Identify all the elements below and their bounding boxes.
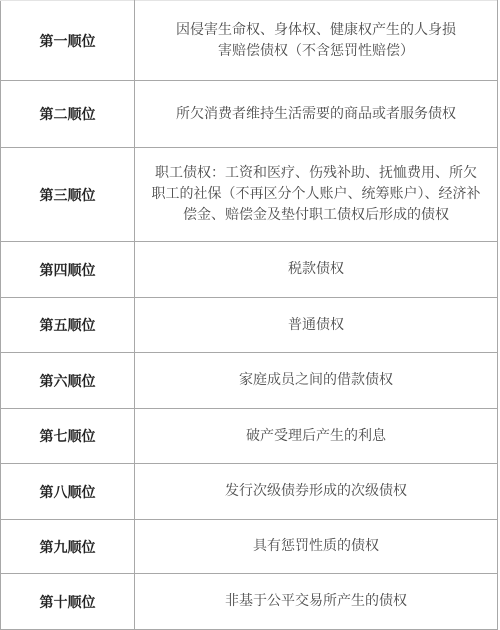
rank-cell: 第五顺位 <box>1 298 135 353</box>
description-text: 因侵害生命权、身体权、健康权产生的人身损害赔偿债权（不含惩罚性赔偿） <box>176 22 456 59</box>
description-cell: 所欠消费者维持生活需要的商品或者服务债权 <box>135 81 498 148</box>
table-row: 第十顺位 非基于公平交易所产生的债权 <box>1 574 498 630</box>
description-text: 职工债权：工资和医疗、伤残补助、抚恤费用、所欠职工的社保（不再区分个人账户、统筹… <box>152 165 481 223</box>
table-row: 第七顺位 破产受理后产生的利息 <box>1 409 498 464</box>
table-row: 第三顺位 职工债权：工资和医疗、伤残补助、抚恤费用、所欠职工的社保（不再区分个人… <box>1 148 498 242</box>
description-cell: 普通债权 <box>135 298 498 353</box>
description-cell: 税款债权 <box>135 242 498 298</box>
rank-cell: 第十顺位 <box>1 574 135 630</box>
rank-cell: 第九顺位 <box>1 520 135 574</box>
table-row: 第六顺位 家庭成员之间的借款债权 <box>1 353 498 409</box>
description-cell: 因侵害生命权、身体权、健康权产生的人身损害赔偿债权（不含惩罚性赔偿） <box>135 1 498 81</box>
creditor-priority-table: 第一顺位 因侵害生命权、身体权、健康权产生的人身损害赔偿债权（不含惩罚性赔偿） … <box>0 0 498 630</box>
rank-cell: 第二顺位 <box>1 81 135 148</box>
table-row: 第九顺位 具有惩罚性质的债权 <box>1 520 498 574</box>
description-cell: 家庭成员之间的借款债权 <box>135 353 498 409</box>
description-cell: 具有惩罚性质的债权 <box>135 520 498 574</box>
table-row: 第一顺位 因侵害生命权、身体权、健康权产生的人身损害赔偿债权（不含惩罚性赔偿） <box>1 1 498 81</box>
rank-cell: 第八顺位 <box>1 464 135 520</box>
table-row: 第八顺位 发行次级债券形成的次级债权 <box>1 464 498 520</box>
rank-cell: 第三顺位 <box>1 148 135 242</box>
rank-cell: 第四顺位 <box>1 242 135 298</box>
rank-cell: 第一顺位 <box>1 1 135 81</box>
table-row: 第四顺位 税款债权 <box>1 242 498 298</box>
description-cell: 破产受理后产生的利息 <box>135 409 498 464</box>
description-cell: 职工债权：工资和医疗、伤残补助、抚恤费用、所欠职工的社保（不再区分个人账户、统筹… <box>135 148 498 242</box>
description-cell: 发行次级债券形成的次级债权 <box>135 464 498 520</box>
table-row: 第二顺位 所欠消费者维持生活需要的商品或者服务债权 <box>1 81 498 148</box>
rank-cell: 第六顺位 <box>1 353 135 409</box>
table-row: 第五顺位 普通债权 <box>1 298 498 353</box>
rank-cell: 第七顺位 <box>1 409 135 464</box>
description-cell: 非基于公平交易所产生的债权 <box>135 574 498 630</box>
